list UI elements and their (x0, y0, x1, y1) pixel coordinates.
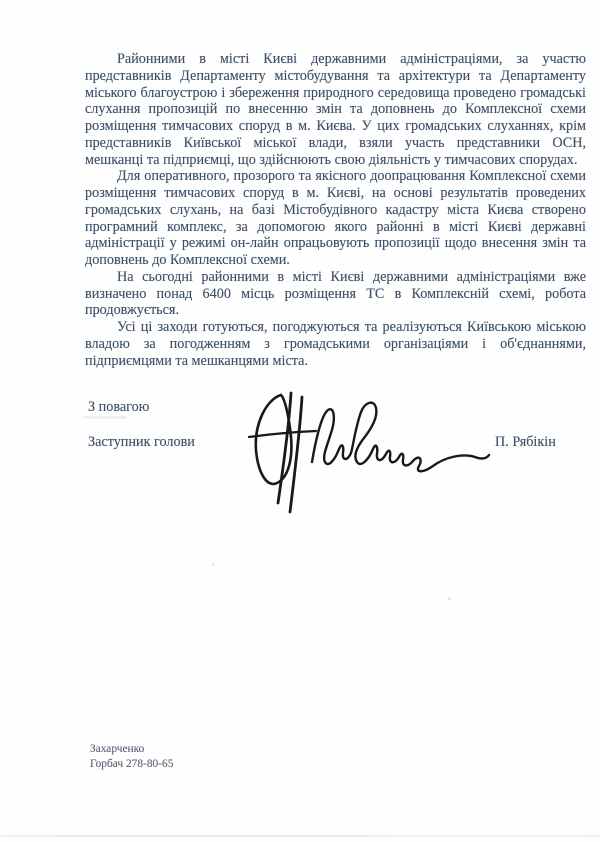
footer-executors: Захарченко Горбач 278-80-65 (90, 742, 173, 771)
scan-artifact-dot (212, 563, 215, 566)
scanned-letter-page: Районними в місті Києві державними адмін… (0, 0, 600, 842)
signoff-title: Заступник голови (88, 434, 195, 451)
letter-paragraph-3: На сьогодні районними в місті Києві держ… (85, 269, 586, 319)
footer-executor-1: Захарченко (90, 742, 173, 757)
scan-edge-bottom (0, 835, 600, 837)
closing-salutation: З повагою (88, 399, 149, 416)
letter-paragraph-4: Усі ці заходи готуються, погоджуються та… (85, 319, 586, 369)
scan-artifact-smudge (83, 416, 127, 419)
signoff-name: П. Рябікін (495, 434, 556, 451)
footer-executor-2: Горбач 278-80-65 (90, 757, 173, 772)
letter-body: Районними в місті Києві державними адмін… (85, 51, 586, 369)
scan-artifact-dot (448, 597, 451, 600)
letter-paragraph-1: Районними в місті Києві державними адмін… (85, 51, 586, 168)
signature-ink-icon (243, 389, 491, 514)
letter-paragraph-2: Для оперативного, прозорого та якісного … (85, 168, 586, 269)
